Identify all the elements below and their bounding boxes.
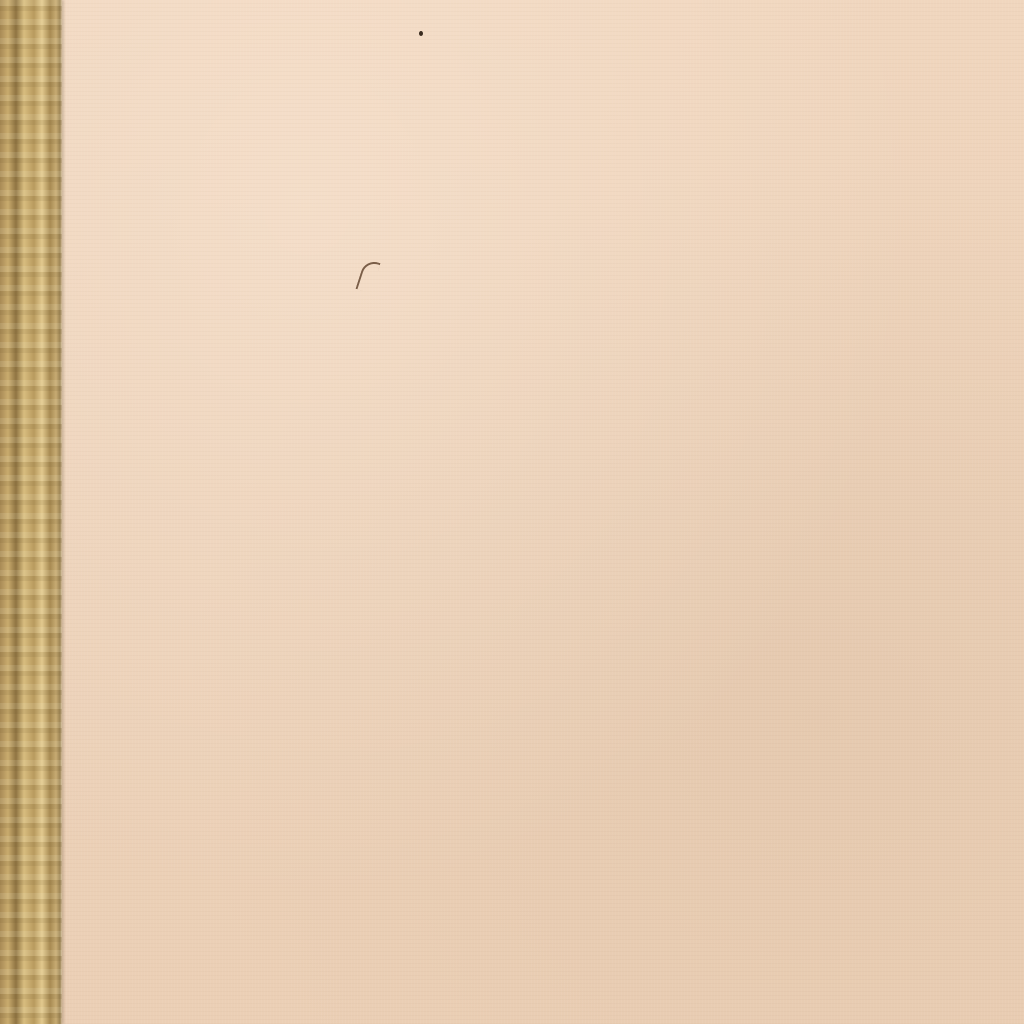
paper-grain (0, 0, 1024, 1024)
paper-fiber (355, 258, 380, 293)
gold-foil-edge (0, 0, 62, 1024)
paper-surface (0, 0, 1024, 1024)
dust-speck (419, 31, 423, 36)
